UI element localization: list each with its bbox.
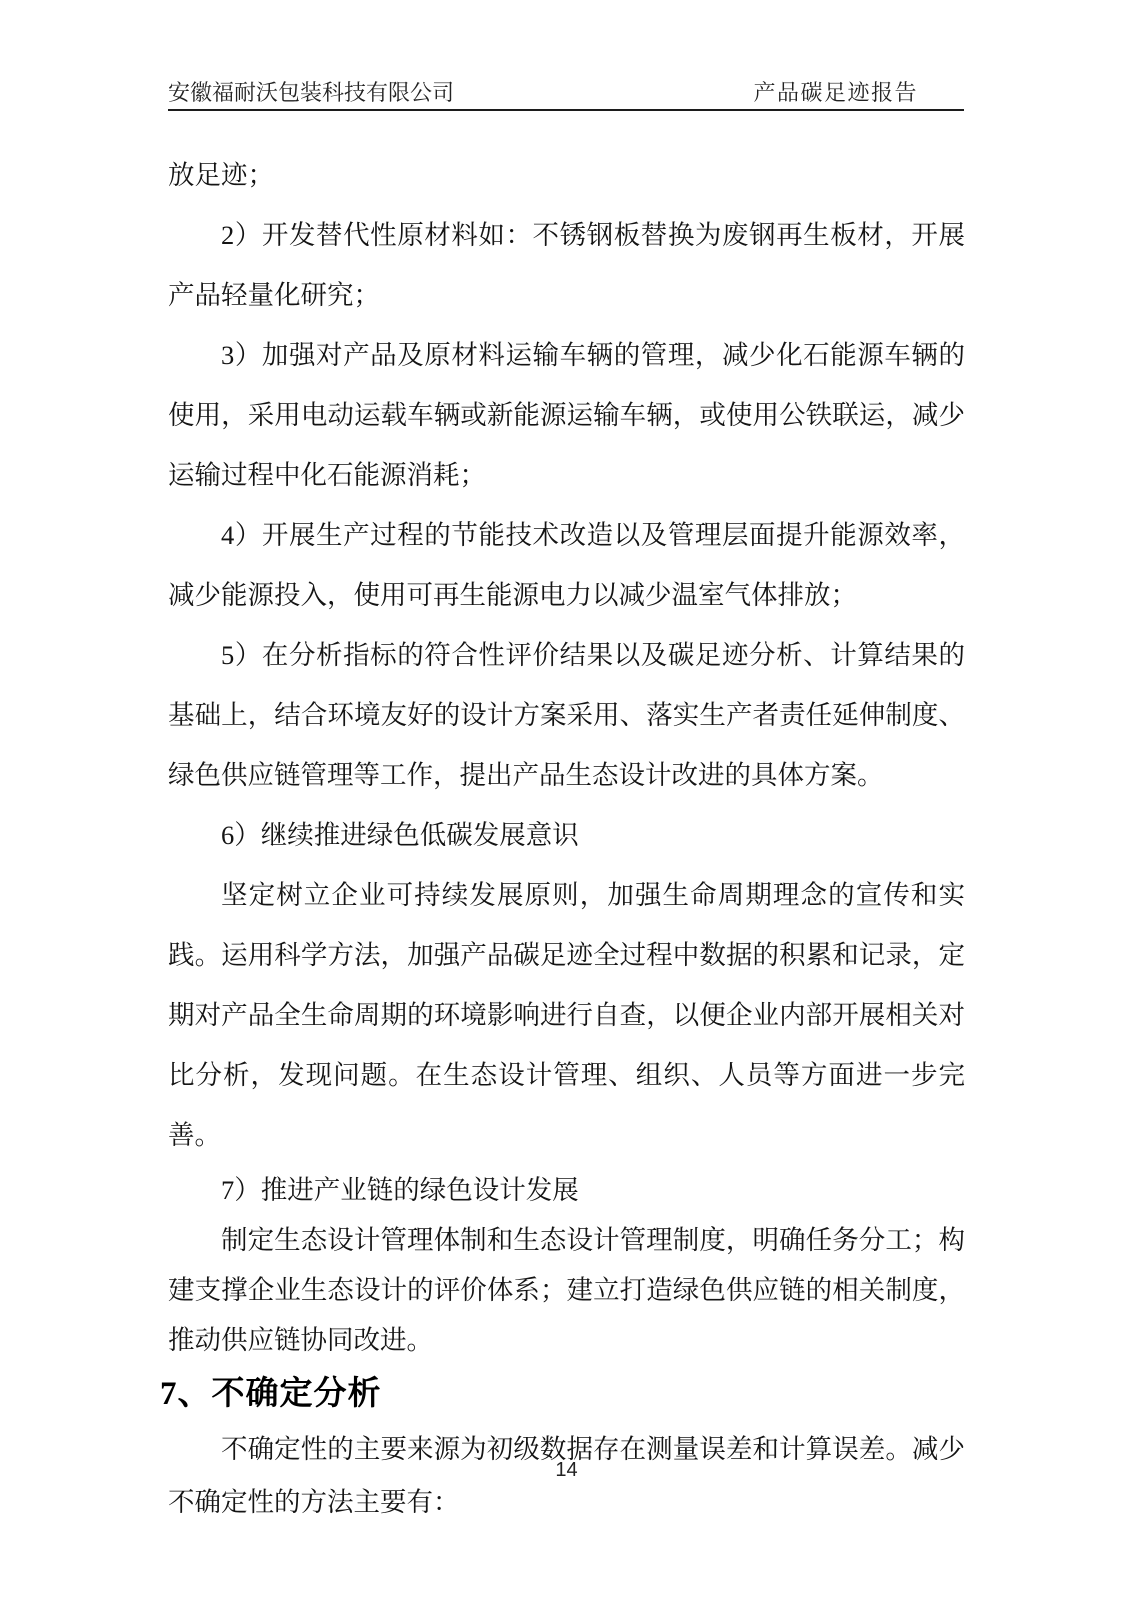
section-heading: 7、不确定分析 xyxy=(160,1371,965,1417)
body-paragraph: 7）推进产业链的绿色设计发展 xyxy=(168,1165,965,1215)
page-footer: 14 xyxy=(168,1458,965,1482)
page-number: 14 xyxy=(555,1459,577,1481)
body-paragraph: 坚定树立企业可持续发展原则，加强生命周期理念的宣传和实践。运用科学方法，加强产品… xyxy=(168,865,965,1165)
document-page: 安徽福耐沃包装科技有限公司 产品碳足迹报告 放足迹；2）开发替代性原材料如：不锈… xyxy=(0,0,1131,1600)
header-company-name: 安徽福耐沃包装科技有限公司 xyxy=(168,80,454,106)
body-paragraph: 4）开展生产过程的节能技术改造以及管理层面提升能源效率，减少能源投入，使用可再生… xyxy=(168,505,965,625)
body-paragraph: 5）在分析指标的符合性评价结果以及碳足迹分析、计算结果的基础上，结合环境友好的设… xyxy=(168,625,965,805)
body-paragraph: 放足迹； xyxy=(168,145,965,205)
header-rule xyxy=(168,109,964,111)
page-header: 安徽福耐沃包装科技有限公司 产品碳足迹报告 xyxy=(168,80,964,106)
header-report-title: 产品碳足迹报告 xyxy=(753,80,964,106)
document-body: 放足迹；2）开发替代性原材料如：不锈钢板替换为废钢再生板材，开展产品轻量化研究；… xyxy=(168,145,965,1529)
body-paragraph: 3）加强对产品及原材料运输车辆的管理，减少化石能源车辆的使用，采用电动运载车辆或… xyxy=(168,325,965,505)
body-paragraph: 2）开发替代性原材料如：不锈钢板替换为废钢再生板材，开展产品轻量化研究； xyxy=(168,205,965,325)
body-paragraph: 制定生态设计管理体制和生态设计管理制度，明确任务分工；构建支撑企业生态设计的评价… xyxy=(168,1215,965,1365)
body-paragraph: 6）继续推进绿色低碳发展意识 xyxy=(168,805,965,865)
